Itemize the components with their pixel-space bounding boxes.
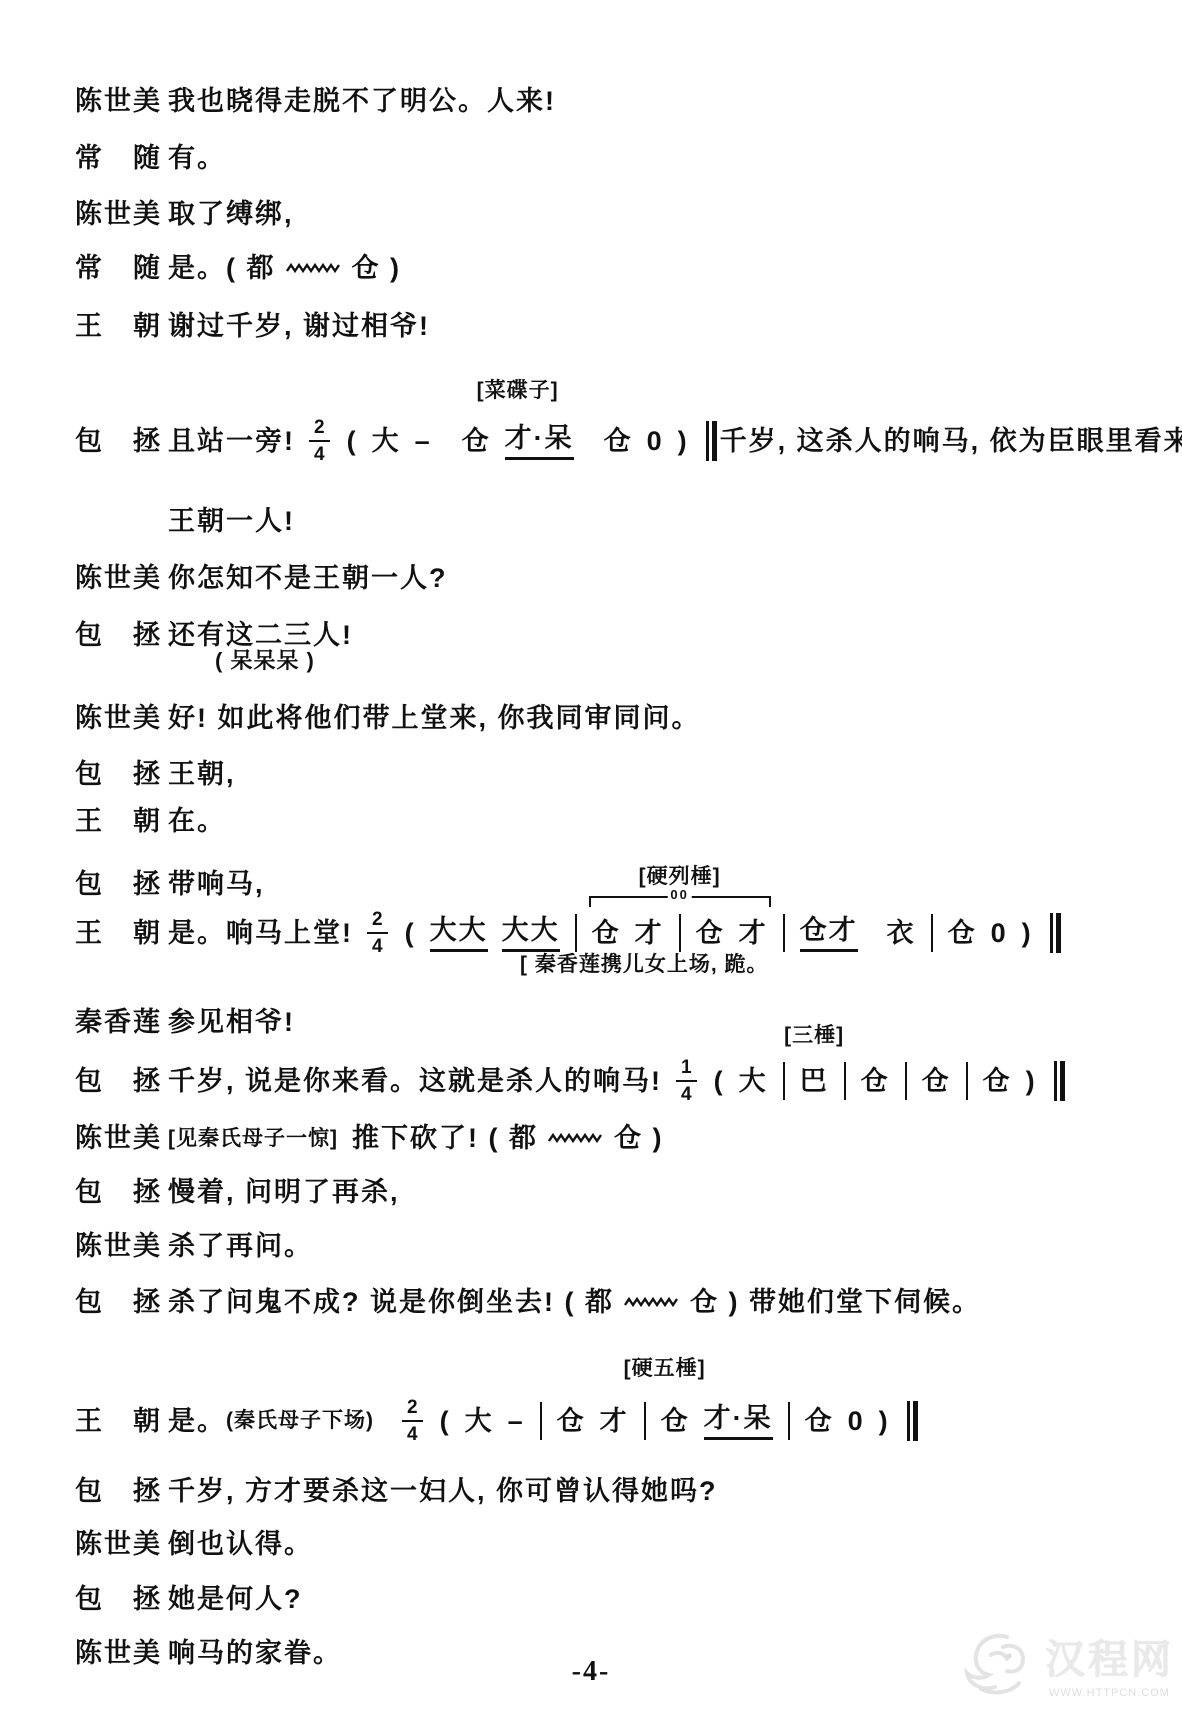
speaker-name: 包 拯 [75,868,168,900]
script-line: 陈世美 杀了再问。 [0,1230,1182,1262]
dialogue-text: 王朝, [168,758,236,790]
notation-token: – [508,1405,525,1437]
barline [783,1062,785,1100]
dialogue-text: 杀了问鬼不成? 说是你倒坐去! ( 都 [168,1286,614,1318]
speaker-name: 包 拯 [75,758,168,790]
wavy-line-icon [286,262,342,274]
speaker-name: 王 朝 [75,805,168,837]
script-line: 陈世美 取了缚绑, [0,198,1182,230]
dialogue-text: 千岁, 方才要杀这一妇人, 你可曾认得她吗? [168,1475,718,1507]
speaker-name: 王 朝 [75,917,168,949]
notation-token-underlined: 才·呆 [704,1402,773,1439]
speaker-name: 王 朝 [75,1405,168,1437]
dialogue-text: 参见相爷! [168,1006,295,1038]
notation-paren: ) [1022,917,1033,949]
watermark: 汉程网 WWW.HTTPCN.COM [957,1628,1174,1699]
notation-measure: [菜碟子] 仓 才·呆 [455,422,581,459]
dialogue-text: 你怎知不是王朝一人? [168,562,448,594]
dialogue-text: 谢过千岁, 谢过相爷! [168,310,430,342]
notation-paren: ( [714,1065,725,1097]
speaker-name: 包 拯 [75,1176,168,1208]
meter-signature: 2 4 [309,418,330,464]
stage-direction: [见秦氏母子一惊] [168,1126,338,1151]
barline [783,914,785,952]
wavy-line-icon [548,1132,604,1144]
dialogue-text: 慢着, 问明了再杀, [168,1176,400,1208]
meter-numerator: 2 [402,1398,423,1422]
notation-paren: ) [879,1405,890,1437]
notation-paren: ( [347,425,358,457]
dialogue-text: 王朝一人! [168,505,295,537]
speaker-name: 包 拯 [75,619,168,651]
notation-token-underlined: 大大 [430,914,488,951]
notation-token: 仓 [861,1065,890,1097]
meter-signature: 1 4 [676,1058,697,1104]
script-line: 秦香莲 参见相爷! [0,1006,1182,1038]
script-line-notation: 包 拯 且站一旁! 2 4 ( 大 – [菜碟子] 仓 才·呆 仓 0 ) 千岁… [0,418,1182,464]
script-line: [ 秦香莲携儿女上场, 跪。 [0,952,1182,977]
wavy-line-icon [624,1296,680,1308]
notation-paren: ) [1026,1065,1037,1097]
final-barline [1050,913,1061,953]
speaker-name: 常 随 [75,252,168,284]
speaker-name: 包 拯 [75,1286,168,1318]
notation-measure-group: [硬五棰] 仓 才 仓 才·呆 [550,1402,780,1440]
script-line-notation: 包 拯 千岁, 说是你来看。这就是杀人的响马! 1 4 ( 大 [三棰] 巴 仓… [0,1058,1182,1104]
script-line-notation: 王 朝 是。响马上堂! 2 4 ( 大大 大大 [硬列棰] 00 仓 才 仓 才… [0,910,1182,956]
notation-token: 大 [465,1405,494,1437]
script-line: 陈世美 好! 如此将他们带上堂来, 你我同审同问。 [0,702,1182,734]
final-barline [1054,1061,1065,1101]
speaker-name: 秦香莲 [75,1006,168,1038]
notation-token: 大 [372,425,401,457]
speaker-name: 陈世美 [75,562,168,594]
script-line: 王朝一人! [0,505,1182,537]
barline [905,1062,907,1100]
script-line: 王 朝 在。 [0,805,1182,837]
percussion-pattern-label: [硬五棰] [624,1356,706,1381]
dialogue-text: 是。响马上堂! [168,917,353,949]
script-line: 包 拯 杀了问鬼不成? 说是你倒坐去! ( 都 仓 ) 带她们堂下伺候。 [0,1286,1182,1318]
barline [788,1402,790,1440]
speaker-name: 陈世美 [75,198,168,230]
script-line: 包 拯 王朝, [0,758,1182,790]
dialogue-text: 我也晓得走脱不了明公。人来! [168,85,556,117]
speaker-name: 包 拯 [75,1065,168,1097]
watermark-logo-icon [957,1629,1041,1699]
script-line-notation: 王 朝 是。 (秦氏母子下场) 2 4 ( 大 – [硬五棰] 仓 才 仓 才·… [0,1398,1182,1444]
notation-token: 仓 [592,917,621,949]
notation-paren: ( [405,917,416,949]
notation-paren: ( [440,1405,451,1437]
notation-measure-group: [硬列棰] 00 仓 才 仓 才 [585,914,775,952]
script-line: 包 拯 慢着, 问明了再杀, [0,1176,1182,1208]
notation-token: 衣 [887,917,916,949]
script-line: 王 朝 谢过千岁, 谢过相爷! [0,310,1182,342]
dialogue-text: 千岁, 这杀人的响马, 依为臣眼里看来, 不是 [720,425,1182,457]
speaker-name: 陈世美 [75,1637,168,1669]
speaker-name: 王 朝 [75,310,168,342]
notation-token-underlined: 大大 [502,914,560,951]
dialogue-text: 带响马, [168,868,265,900]
notation-token: 仓 [983,1065,1012,1097]
dialogue-text: 取了缚绑, [168,198,294,230]
dialogue-text: 仓 ) 带她们堂下伺候。 [690,1286,981,1318]
meter-numerator: 2 [309,418,330,442]
notation-token: 仓 [948,917,977,949]
script-line: 包 拯 还有这二三人! [0,619,1182,651]
notation-token: 才 [739,917,768,949]
script-line: 包 拯 千岁, 方才要杀这一妇人, 你可曾认得她吗? [0,1475,1182,1507]
speaker-name: 陈世美 [75,85,168,117]
dialogue-text: 是。( 都 [168,252,276,284]
notation-token: – [415,425,432,457]
notation-token: 仓 [922,1065,951,1097]
dialogue-text: 杀了再问。 [168,1230,313,1262]
notation-measure: [三棰] 巴 [793,1065,836,1097]
meter-denominator: 4 [407,1422,418,1444]
speaker-name: 常 随 [75,142,168,174]
notation-token: 0 [848,1405,865,1437]
meter-numerator: 2 [367,910,388,934]
meter-signature: 2 4 [367,910,388,956]
stage-direction: [ 秦香莲携儿女上场, 跪。 [520,952,769,977]
stage-direction: ( 呆呆呆 ) [215,648,315,674]
final-barline [907,1401,918,1441]
speaker-name: 陈世美 [75,1528,168,1560]
script-line: 包 拯 她是何人? [0,1583,1182,1615]
notation-token: 仓 [696,917,725,949]
barline [844,1062,846,1100]
script-line: 陈世美 倒也认得。 [0,1528,1182,1560]
dialogue-text: 推下砍了! ( 都 [352,1122,538,1154]
percussion-pattern-label: [菜碟子] [477,378,559,403]
barline [931,914,933,952]
dialogue-text: 仓 ) [352,252,402,284]
watermark-site-url: WWW.HTTPCN.COM [1049,1687,1170,1699]
meter-numerator: 1 [676,1058,697,1082]
script-line: 陈世美 [见秦氏母子一惊] 推下砍了! ( 都 仓 ) [0,1122,1182,1154]
dialogue-text: 在。 [168,805,226,837]
watermark-site-name: 汉程网 [1045,1628,1174,1685]
notation-token: 才 [600,1405,629,1437]
notation-token-underlined: 仓才 [800,914,858,951]
notation-token: 仓 [462,425,491,457]
meter-denominator: 4 [314,442,325,464]
notation-token: 0 [647,425,664,457]
speaker-name: 包 拯 [75,1475,168,1507]
notation-token: 大 [739,1065,768,1097]
dialogue-text: 还有这二三人! [168,619,353,651]
dialogue-text: 响马的家眷。 [168,1637,342,1669]
tie-marks: 00 [667,888,691,901]
stage-direction: (秦氏母子下场) [226,1408,374,1433]
dialogue-text: 仓 ) [614,1122,664,1154]
notation-paren: ) [678,425,689,457]
speaker-name: 包 拯 [75,1583,168,1615]
dialogue-text: 且站一旁! [168,425,295,457]
dialogue-text: 好! 如此将他们带上堂来, 你我同审同问。 [168,702,701,734]
barline [679,914,681,952]
percussion-pattern-label: [三棰] [784,1023,844,1048]
notation-token: 巴 [800,1065,829,1097]
notation-token: 仓 [661,1405,690,1437]
speaker-name: 陈世美 [75,1230,168,1262]
notation-token: 0 [991,917,1008,949]
notation-token: 仓 [604,425,633,457]
script-line: 陈世美 我也晓得走脱不了明公。人来! [0,85,1182,117]
barline [540,1402,542,1440]
script-line: 常 随 是。( 都 仓 ) [0,252,1182,284]
notation-token: 才 [635,917,664,949]
dialogue-text: 倒也认得。 [168,1528,313,1560]
speaker-name: 包 拯 [75,425,168,457]
meter-signature: 2 4 [402,1398,423,1444]
dialogue-text: 千岁, 说是你来看。这就是杀人的响马! [168,1065,662,1097]
speaker-name: 陈世美 [75,1122,168,1154]
percussion-pattern-label: [硬列棰] [639,864,721,889]
script-page: 陈世美 我也晓得走脱不了明公。人来! 常 随 有。 陈世美 取了缚绑, 常 随 … [0,0,1182,1715]
barline [966,1062,968,1100]
notation-token: 仓 [557,1405,586,1437]
dialogue-text: 是。 [168,1405,226,1437]
barline [575,914,577,952]
dialogue-text: 有。 [168,142,226,174]
script-line: 常 随 有。 [0,142,1182,174]
meter-denominator: 4 [681,1082,692,1104]
barline [644,1402,646,1440]
notation-token-underlined: 才·呆 [505,422,574,459]
script-line: 陈世美 你怎知不是王朝一人? [0,562,1182,594]
script-line: ( 呆呆呆 ) [0,648,1182,674]
dialogue-text: 她是何人? [168,1583,303,1615]
page-number: -4- [572,1656,611,1688]
speaker-name: 陈世美 [75,702,168,734]
notation-token: 仓 [805,1405,834,1437]
